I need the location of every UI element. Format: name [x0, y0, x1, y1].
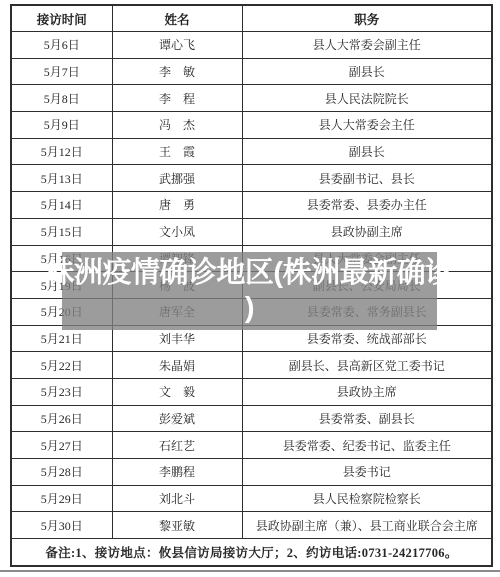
cell-name: 李鹏程: [112, 459, 242, 486]
cell-date: 5月15日: [11, 218, 112, 245]
cell-title: 县政协主席: [242, 378, 492, 405]
cell-title: 县人大常委会主任: [242, 112, 492, 139]
table-row: 5月23日文 毅县政协主席: [11, 378, 492, 405]
cell-title: 县政协副主席（兼）、县工商业联合会主席: [242, 512, 492, 539]
cell-name: 彭爱斌: [112, 405, 242, 432]
cell-title: 县人民法院院长: [242, 85, 492, 112]
cell-name: 谭心飞: [112, 32, 242, 59]
cell-name: 冯 杰: [112, 112, 242, 139]
table-header: 接访时间 姓名 职务: [11, 5, 492, 32]
cell-name: 李 敏: [112, 58, 242, 85]
cell-date: 5月6日: [11, 32, 112, 59]
cell-date: 5月12日: [11, 138, 112, 165]
table-row: 5月30日黎亚敏县政协副主席（兼）、县工商业联合会主席: [11, 512, 492, 539]
table-row: 5月7日李 敏副县长: [11, 58, 492, 85]
table-row: 5月13日武挪强县委副书记、县长: [11, 165, 492, 192]
cell-date: 5月22日: [11, 352, 112, 379]
table-row: 5月27日石红艺县委常委、纪委书记、监委主任: [11, 432, 492, 459]
table-row: 5月14日唐 勇县委常委、县委办主任: [11, 192, 492, 219]
header-row: 接访时间 姓名 职务: [11, 5, 492, 32]
watermark-title-line1: 株洲疫情确诊地区(株洲最新确诊: [45, 256, 453, 291]
cell-name: 黎亚敏: [112, 512, 242, 539]
cell-name: 文 毅: [112, 378, 242, 405]
table-row: 5月6日谭心飞县人大常委会副主任: [11, 32, 492, 59]
cell-title: 县人民检察院检察长: [242, 485, 492, 512]
table-row: 5月15日文小凤县政协副主席: [11, 218, 492, 245]
cell-name: 石红艺: [112, 432, 242, 459]
cell-date: 5月29日: [11, 485, 112, 512]
table-footer: 备注:1、接访地点：攸县信访局接访大厅；2、约访电话:0731-24217706…: [11, 539, 492, 567]
cell-name: 刘北斗: [112, 485, 242, 512]
cell-name: 武挪强: [112, 165, 242, 192]
cell-title: 副县长: [242, 58, 492, 85]
table-row: 5月12日王 霞副县长: [11, 138, 492, 165]
table-footnote: 备注:1、接访地点：攸县信访局接访大厅；2、约访电话:0731-24217706…: [11, 539, 492, 567]
cell-title: 县委常委、纪委书记、监委主任: [242, 432, 492, 459]
watermark-overlay: 株洲疫情确诊地区(株洲最新确诊 ): [62, 252, 437, 330]
cell-title: 县委常委、副县长: [242, 405, 492, 432]
table-row: 5月8日李 程县人民法院院长: [11, 85, 492, 112]
cell-title: 副县长、县高新区党工委书记: [242, 352, 492, 379]
cell-title: 县委书记: [242, 459, 492, 486]
cell-date: 5月28日: [11, 459, 112, 486]
cell-title: 县委副书记、县长: [242, 165, 492, 192]
column-header-date: 接访时间: [11, 5, 112, 32]
column-header-name: 姓名: [112, 5, 242, 32]
watermark-title-line2: ): [245, 291, 254, 326]
cell-name: 朱晶娟: [112, 352, 242, 379]
cell-date: 5月7日: [11, 58, 112, 85]
cell-date: 5月14日: [11, 192, 112, 219]
cell-title: 县人大常委会副主任: [242, 32, 492, 59]
cell-title: 副县长: [242, 138, 492, 165]
cell-date: 5月27日: [11, 432, 112, 459]
table-row: 5月29日刘北斗县人民检察院检察长: [11, 485, 492, 512]
cell-title: 县委常委、县委办主任: [242, 192, 492, 219]
table-row: 5月9日冯 杰县人大常委会主任: [11, 112, 492, 139]
cell-name: 李 程: [112, 85, 242, 112]
footnote-row: 备注:1、接访地点：攸县信访局接访大厅；2、约访电话:0731-24217706…: [11, 539, 492, 567]
column-header-title: 职务: [242, 5, 492, 32]
cell-title: 县政协副主席: [242, 218, 492, 245]
cell-date: 5月9日: [11, 112, 112, 139]
cell-date: 5月26日: [11, 405, 112, 432]
cell-name: 王 霞: [112, 138, 242, 165]
cell-name: 唐 勇: [112, 192, 242, 219]
cell-date: 5月23日: [11, 378, 112, 405]
table-row: 5月22日朱晶娟副县长、县高新区党工委书记: [11, 352, 492, 379]
cell-date: 5月30日: [11, 512, 112, 539]
cell-name: 文小凤: [112, 218, 242, 245]
page: 接访时间 姓名 职务 5月6日谭心飞县人大常委会副主任5月7日李 敏副县长5月8…: [0, 0, 500, 577]
table-row: 5月26日彭爱斌县委常委、副县长: [11, 405, 492, 432]
table-row: 5月28日李鹏程县委书记: [11, 459, 492, 486]
bottom-divider: [0, 570, 500, 572]
cell-date: 5月13日: [11, 165, 112, 192]
cell-date: 5月8日: [11, 85, 112, 112]
